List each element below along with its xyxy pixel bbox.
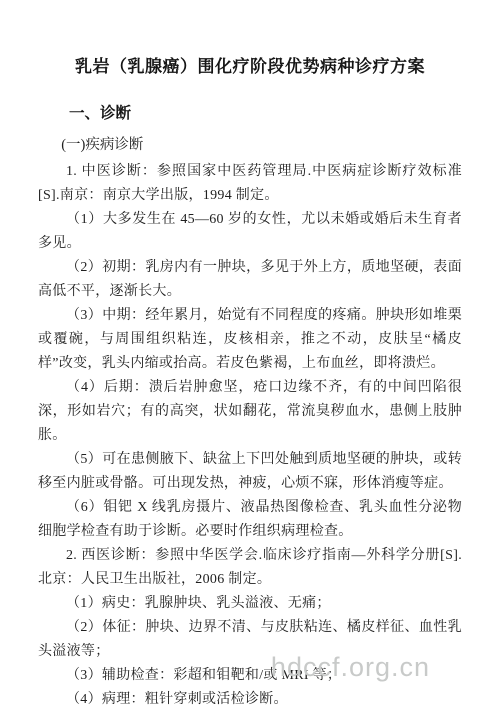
document-content: 乳岩（乳腺癌）围化疗阶段优势病种诊疗方案 一、诊断 (一)疾病诊断 1. 中医诊… bbox=[0, 0, 500, 707]
document-paragraph: （2）初期：乳房内有一肿块，多见于外上方，质地坚硬，表面高低不平，逐渐长大。 bbox=[38, 256, 462, 304]
document-paragraph: （1）大多发生在 45—60 岁的女性，尤以未婚或婚后未生育者多见。 bbox=[38, 208, 462, 256]
document-paragraph: 1. 中医诊断：参照国家中医药管理局.中医病症诊断疗效标准[S].南京：南京大学… bbox=[38, 160, 462, 208]
document-paragraph: 2. 西医诊断：参照中华医学会.临床诊疗指南—外科学分册[S].北京：人民卫生出… bbox=[38, 544, 462, 592]
document-title: 乳岩（乳腺癌）围化疗阶段优势病种诊疗方案 bbox=[38, 52, 462, 77]
document-paragraph: （1）病史：乳腺肿块、乳头溢液、无痛； bbox=[38, 592, 462, 616]
subsection-heading-disease-diagnosis: (一)疾病诊断 bbox=[38, 133, 462, 154]
document-paragraph: （4）病理：粗针穿刺或活检诊断。 bbox=[38, 688, 462, 707]
document-paragraph: （3）辅助检查：彩超和钼靶和/或 MRI 等； bbox=[38, 664, 462, 688]
document-paragraph: （3）中期：经年累月，始觉有不同程度的疼痛。肿块形如堆栗或覆碗，与周围组织粘连，… bbox=[38, 304, 462, 376]
document-body: 1. 中医诊断：参照国家中医药管理局.中医病症诊断疗效标准[S].南京：南京大学… bbox=[38, 160, 462, 707]
section-heading-diagnosis: 一、诊断 bbox=[38, 101, 462, 123]
document-paragraph: （4）后期：溃后岩肿愈坚，疮口边缘不齐，有的中间凹陷很深，形如岩穴；有的高突，状… bbox=[38, 376, 462, 448]
document-page: 乳岩（乳腺癌）围化疗阶段优势病种诊疗方案 一、诊断 (一)疾病诊断 1. 中医诊… bbox=[0, 0, 500, 707]
document-paragraph: （6）钼钯 X 线乳房摄片、液晶热图像检查、乳头血性分泌物细胞学检查有助于诊断。… bbox=[38, 496, 462, 544]
document-paragraph: （5）可在患侧腋下、缺盆上下凹处触到质地坚硬的肿块，或转移至内脏或骨骼。可出现发… bbox=[38, 448, 462, 496]
document-paragraph: （2）体征：肿块、边界不清、与皮肤粘连、橘皮样征、血性乳头溢液等； bbox=[38, 616, 462, 664]
